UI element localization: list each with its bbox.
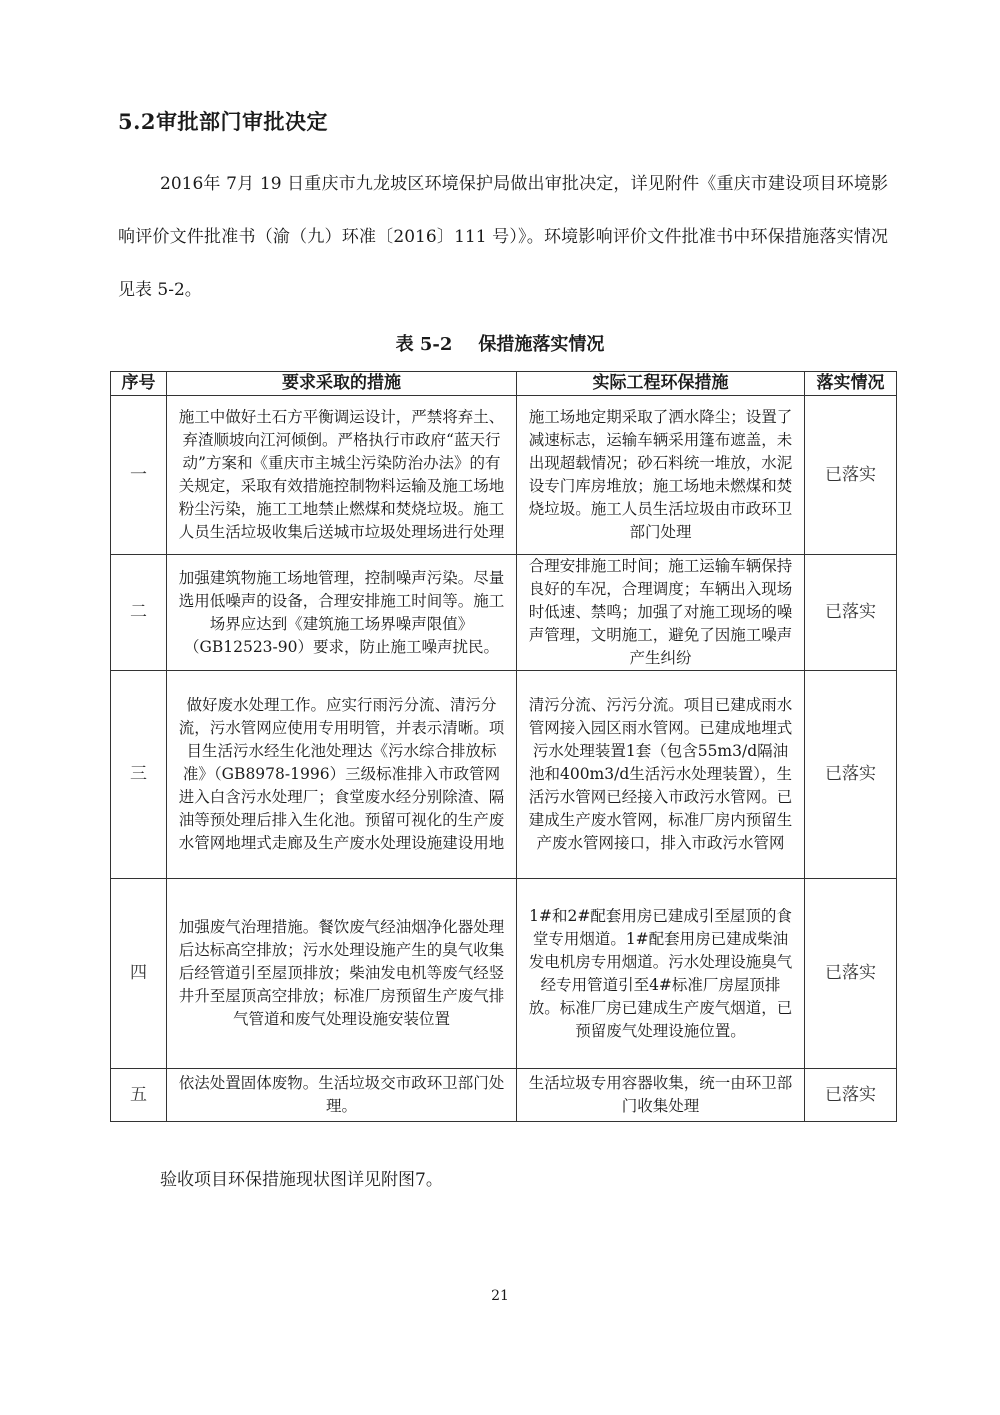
header-status: 落实情况	[805, 372, 897, 396]
row-seq: 二	[111, 555, 167, 671]
table-caption-number: 表 5-2	[396, 334, 453, 355]
row-required: 加强建筑物施工场地管理，控制噪声污染。尽量选用低噪声的设备，合理安排施工时间等。…	[167, 555, 517, 671]
row-seq: 三	[111, 671, 167, 879]
row-actual: 合理安排施工时间；施工运输车辆保持良好的车况，合理调度；车辆出入现场时低速、禁鸣…	[517, 555, 805, 671]
row-required: 施工中做好土石方平衡调运设计，严禁将弃土、弃渣顺坡向江河倾倒。严格执行市政府“蓝…	[167, 396, 517, 555]
row-required: 做好废水处理工作。应实行雨污分流、清污分流，污水管网应使用专用明管，并表示清晰。…	[167, 671, 517, 879]
table-row: 四 加强废气治理措施。餐饮废气经油烟净化器处理后达标高空排放；污水处理设施产生的…	[111, 879, 897, 1069]
row-seq: 四	[111, 879, 167, 1069]
measures-table: 序号 要求采取的措施 实际工程环保措施 落实情况 一 施工中做好土石方平衡调运设…	[110, 371, 897, 1122]
table-row: 五 依法处置固体废物。生活垃圾交市政环卫部门处理。 生活垃圾专用容器收集，统一由…	[111, 1069, 897, 1122]
row-actual: 1#和2#配套用房已建成引至屋顶的食堂专用烟道。1#配套用房已建成柴油发电机房专…	[517, 879, 805, 1069]
header-required: 要求采取的措施	[167, 372, 517, 396]
row-actual: 生活垃圾专用容器收集，统一由环卫部门收集处理	[517, 1069, 805, 1122]
row-status: 已落实	[805, 671, 897, 879]
table-row: 一 施工中做好土石方平衡调运设计，严禁将弃土、弃渣顺坡向江河倾倒。严格执行市政府…	[111, 396, 897, 555]
row-seq: 一	[111, 396, 167, 555]
row-seq: 五	[111, 1069, 167, 1122]
row-required: 加强废气治理措施。餐饮废气经油烟净化器处理后达标高空排放；污水处理设施产生的臭气…	[167, 879, 517, 1069]
row-status: 已落实	[805, 396, 897, 555]
section-heading: 5.2审批部门审批决定	[118, 106, 328, 136]
table-caption-title: 保措施落实情况	[478, 334, 604, 355]
row-actual: 清污分流、污污分流。项目已建成雨水管网接入园区雨水管网。已建成地埋式污水处理装置…	[517, 671, 805, 879]
row-actual: 施工场地定期采取了洒水降尘；设置了减速标志，运输车辆采用篷布遮盖，未出现超载情况…	[517, 396, 805, 555]
table-header-row: 序号 要求采取的措施 实际工程环保措施 落实情况	[111, 372, 897, 396]
header-actual: 实际工程环保措施	[517, 372, 805, 396]
row-status: 已落实	[805, 1069, 897, 1122]
row-required: 依法处置固体废物。生活垃圾交市政环卫部门处理。	[167, 1069, 517, 1122]
row-status: 已落实	[805, 555, 897, 671]
row-status: 已落实	[805, 879, 897, 1069]
after-table-text: 验收项目环保措施现状图详见附图7。	[160, 1165, 443, 1190]
table-row: 三 做好废水处理工作。应实行雨污分流、清污分流，污水管网应使用专用明管，并表示清…	[111, 671, 897, 879]
section-paragraph: 2016年 7月 19 日重庆市九龙坡区环境保护局做出审批决定，详见附件《重庆市…	[118, 158, 888, 317]
table-row: 二 加强建筑物施工场地管理，控制噪声污染。尽量选用低噪声的设备，合理安排施工时间…	[111, 555, 897, 671]
page-number: 21	[0, 1288, 1000, 1304]
table-caption: 表 5-2保措施落实情况	[0, 330, 1000, 356]
header-seq: 序号	[111, 372, 167, 396]
